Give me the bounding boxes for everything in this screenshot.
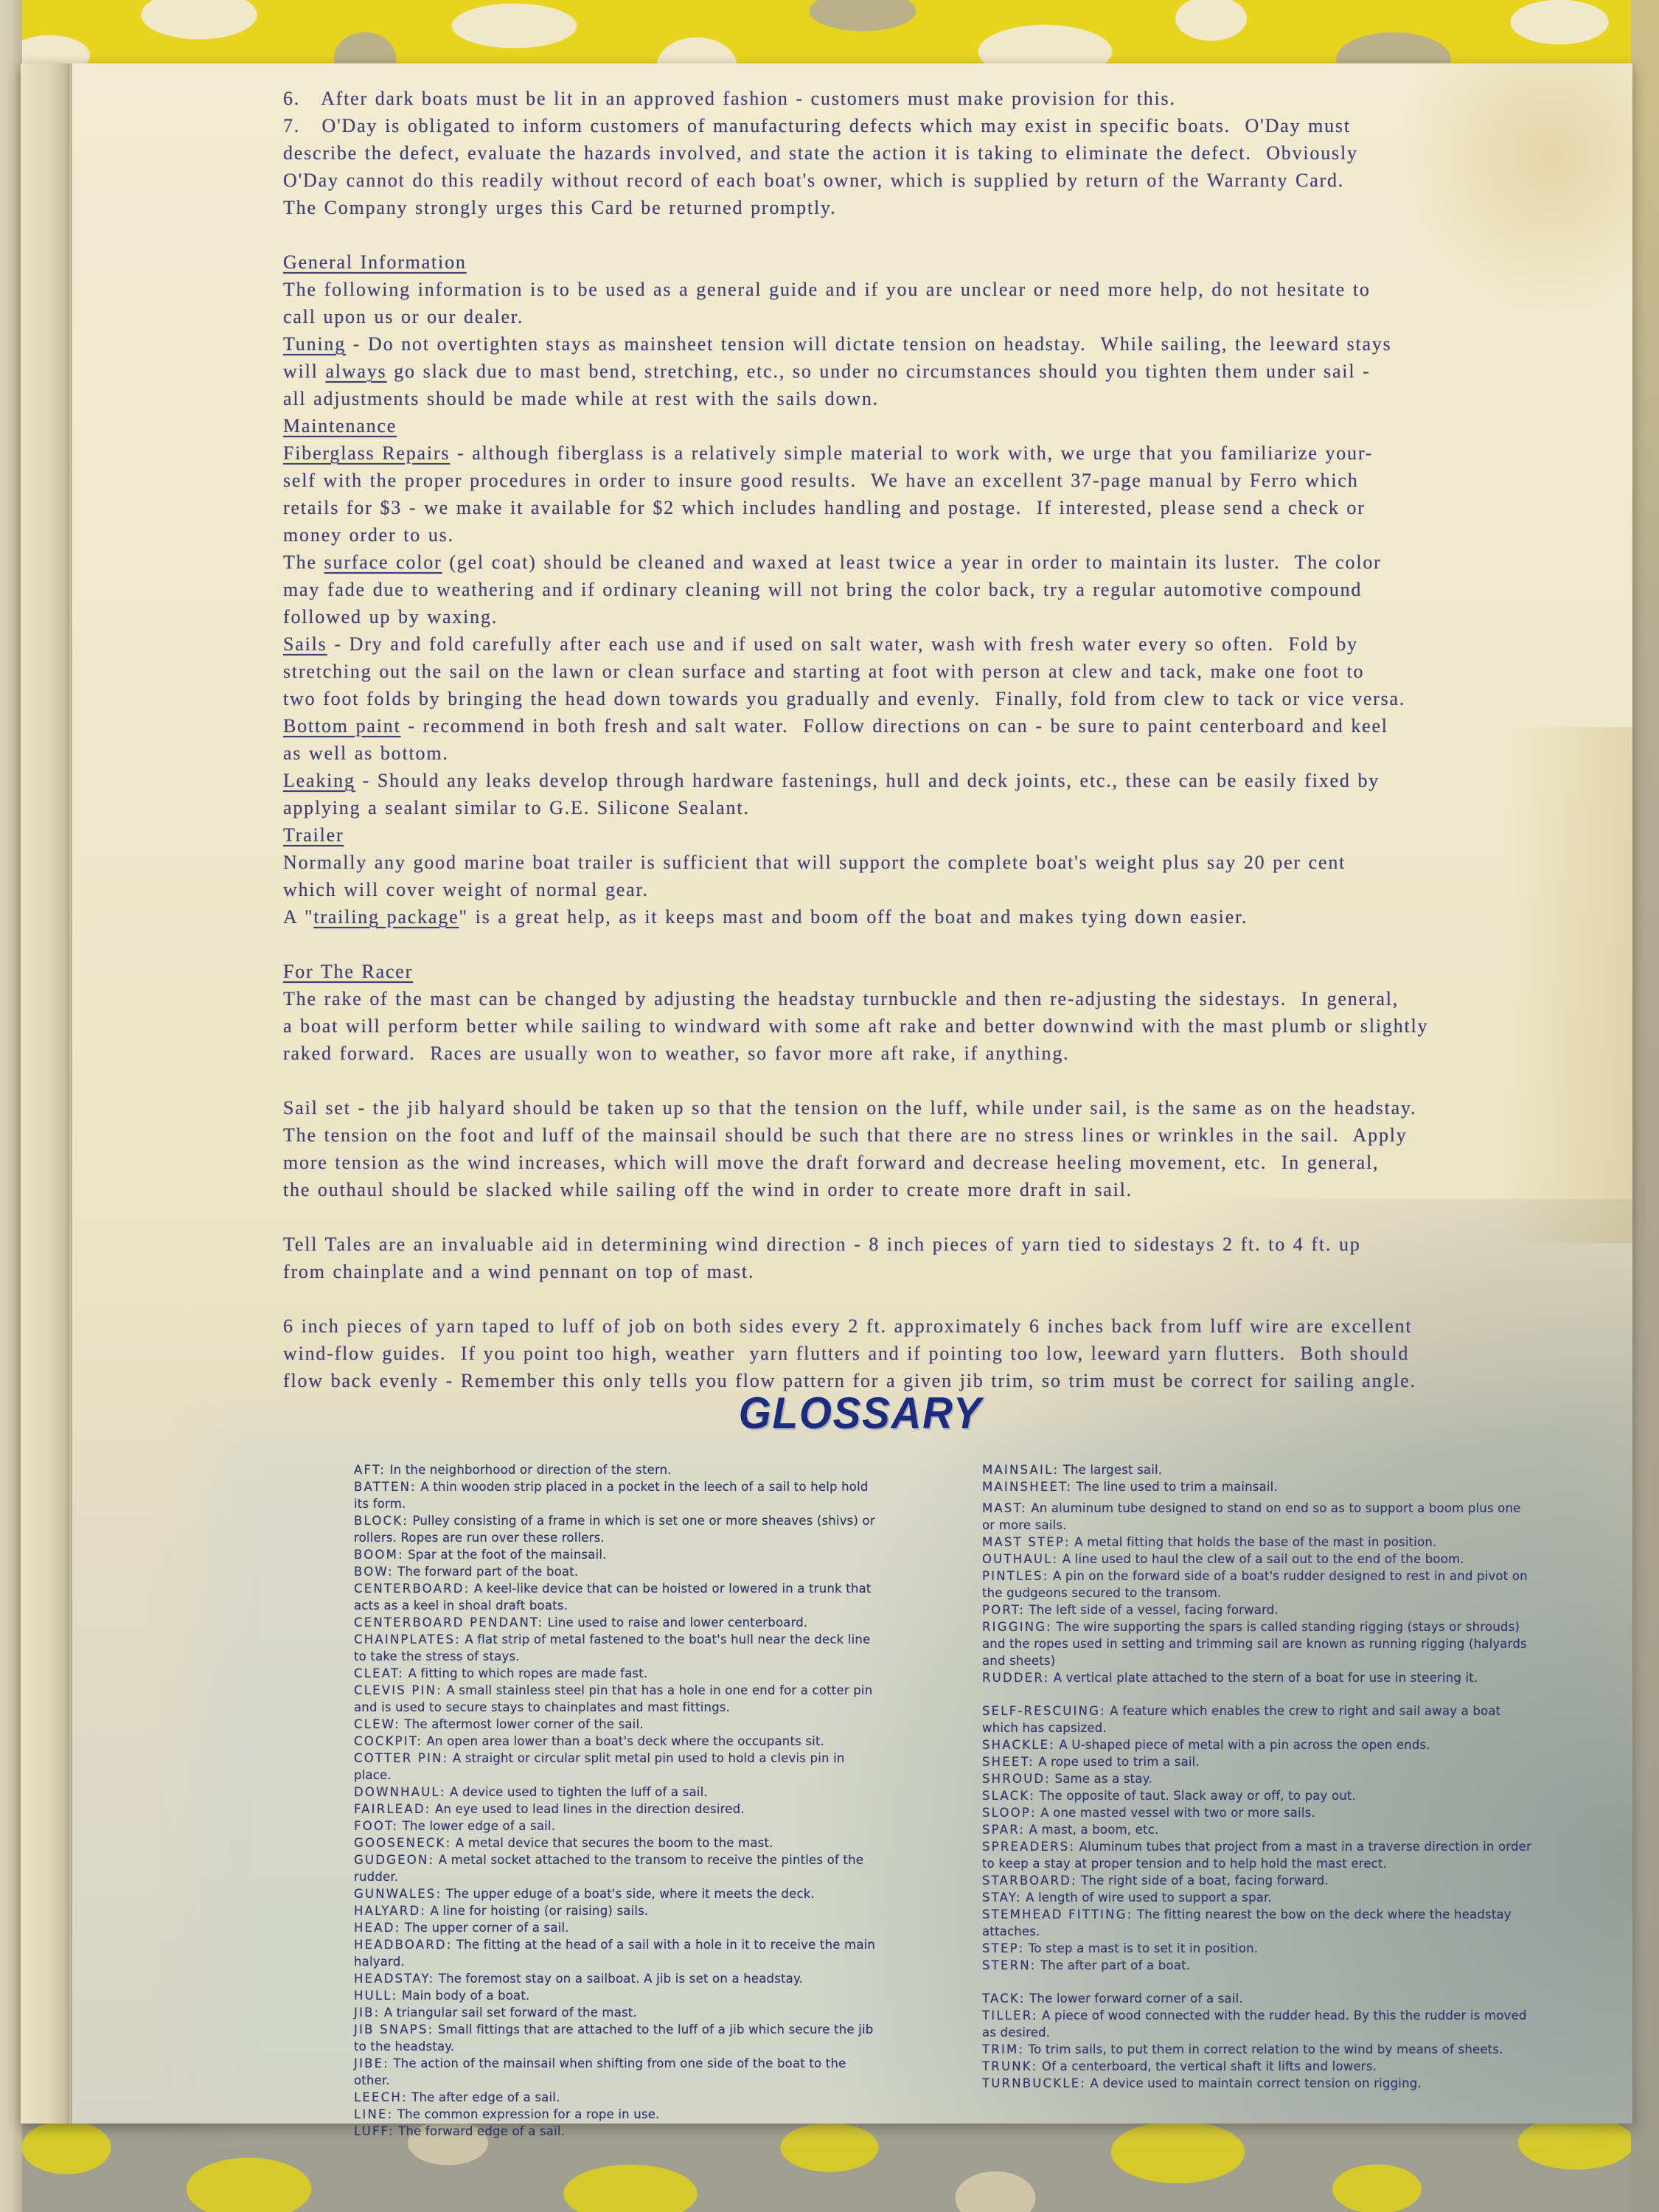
glossary-term: CENTERBOARD PENDANT: <box>354 1615 543 1630</box>
typed-paragraph: Leaking - Should any leaks develop throu… <box>283 767 1621 821</box>
typed-paragraph: The surface color (gel coat) should be c… <box>283 549 1621 630</box>
glossary-entry: LEECH: The after edge of a sail. <box>354 2089 879 2106</box>
glossary-entry: CLEVIS PIN: A small stainless steel pin … <box>354 1682 879 1716</box>
glossary-term: SLACK: <box>982 1789 1035 1803</box>
glossary-entry: HALYARD: A line for hoisting (or raising… <box>354 1902 879 1919</box>
glossary-definition: A triangular sail set forward of the mas… <box>380 2006 637 2020</box>
glossary-term: STEMHEAD FITTING: <box>982 1907 1133 1921</box>
glossary-entry: COTTER PIN: A straight or circular split… <box>354 1750 879 1784</box>
glossary-definition: A device used to maintain correct tensio… <box>1086 2076 1422 2090</box>
glossary-entry: GUNWALES: The upper eduge of a boat's si… <box>354 1885 879 1902</box>
typed-paragraph: MaintenanceFiberglass Repairs - although… <box>283 412 1621 549</box>
glossary-entry: BLOCK: Pulley consisting of a frame in w… <box>354 1512 879 1546</box>
typed-line: Normally any good marine boat trailer is… <box>283 849 1621 876</box>
glossary-entry: AFT: In the neighborhood or direction of… <box>354 1461 879 1478</box>
page-fold-crease <box>21 63 71 2124</box>
typed-line: The tension on the foot and luff of the … <box>283 1121 1621 1149</box>
glossary-term: SPAR: <box>982 1823 1025 1837</box>
typed-line: as well as bottom. <box>283 740 1621 767</box>
glossary-term: LINE: <box>354 2107 393 2121</box>
glossary-term: SELF-RESCUING: <box>982 1704 1106 1718</box>
glossary-entry: SPAR: A mast, a boom, etc. <box>982 1821 1534 1838</box>
glossary-definition: An eye used to lead lines in the directi… <box>431 1802 745 1816</box>
glossary-term: JIBE: <box>354 2056 389 2070</box>
glossary-term: AFT: <box>354 1463 386 1477</box>
typed-line: stretching out the sail on the lawn or c… <box>283 658 1621 685</box>
glossary-term: HALYARD: <box>354 1904 426 1918</box>
typed-paragraph: Tuning - Do not overtighten stays as mai… <box>283 330 1621 412</box>
glossary-term: MAST: <box>982 1501 1027 1515</box>
glossary-term: MAINSAIL: <box>982 1463 1059 1477</box>
glossary-term: RIGGING: <box>982 1620 1052 1634</box>
glossary-definition: The largest sail. <box>1059 1463 1162 1477</box>
typed-line: A "trailing package" is a great help, as… <box>283 903 1621 931</box>
glossary-term: HEADBOARD: <box>354 1938 453 1952</box>
typed-paragraph: Sail set - the jib halyard should be tak… <box>283 1094 1621 1203</box>
glossary-entry: RIGGING: The wire supporting the spars i… <box>982 1618 1534 1669</box>
glossary-entry: SHEET: A rope used to trim a sail. <box>982 1753 1534 1770</box>
glossary-definition: The line used to trim a mainsail. <box>1072 1480 1278 1494</box>
typed-line: self with the proper procedures in order… <box>283 467 1621 494</box>
typed-line: followed up by waxing. <box>283 603 1621 630</box>
glossary-term: COCKPIT: <box>354 1734 422 1748</box>
typed-paragraph: 6 inch pieces of yarn taped to luff of j… <box>283 1312 1621 1394</box>
glossary-definition: A line for hoisting (or raising) sails. <box>426 1904 648 1918</box>
glossary-definition: A vertical plate attached to the stern o… <box>1049 1671 1478 1685</box>
glossary-definition: A one masted vessel with two or more sai… <box>1037 1806 1315 1820</box>
typed-paragraph: TrailerNormally any good marine boat tra… <box>283 821 1621 931</box>
glossary-term: SHROUD: <box>982 1772 1051 1786</box>
glossary-definition: The after part of a boat. <box>1037 1958 1191 1972</box>
typed-line: more tension as the wind increases, whic… <box>283 1149 1621 1176</box>
glossary-definition: The upper corner of a sail. <box>400 1921 568 1935</box>
glossary-term: CLEW: <box>354 1717 400 1731</box>
glossary-entry: SHROUD: Same as a stay. <box>982 1770 1534 1787</box>
typed-line: wind-flow guides. If you point too high,… <box>283 1340 1621 1367</box>
glossary-definition: The upper eduge of a boat's side, where … <box>442 1887 815 1901</box>
glossary-term: BATTEN: <box>354 1480 417 1494</box>
glossary-term: STARBOARD: <box>982 1874 1077 1888</box>
glossary-term: BOW: <box>354 1565 394 1579</box>
glossary-term: STEP: <box>982 1941 1025 1955</box>
glossary-term: JIB SNAPS: <box>354 2023 434 2037</box>
glossary-definition: A fitting to which ropes are made fast. <box>404 1666 647 1680</box>
glossary-definition: Pulley consisting of a frame in which is… <box>354 1514 875 1545</box>
glossary-definition: The action of the mainsail when shifting… <box>354 2056 846 2087</box>
typed-line: applying a sealant similar to G.E. Silic… <box>283 794 1621 821</box>
glossary-entry: CHAINPLATES: A flat strip of metal faste… <box>354 1631 879 1665</box>
glossary-entry: JIB: A triangular sail set forward of th… <box>354 2004 879 2021</box>
typed-line: may fade due to weathering and if ordina… <box>283 576 1621 603</box>
glossary-entry: TRUNK: Of a centerboard, the vertical sh… <box>982 2058 1534 2075</box>
typed-line: O'Day cannot do this readily without rec… <box>283 167 1621 194</box>
typed-line: describe the defect, evaluate the hazard… <box>283 139 1621 167</box>
glossary-definition: To step a mast is to set it in position. <box>1025 1941 1259 1955</box>
glossary-entry: CENTERBOARD PENDANT: Line used to raise … <box>354 1614 879 1631</box>
glossary-definition: A device used to tighten the luff of a s… <box>446 1785 708 1799</box>
typed-line: Tuning - Do not overtighten stays as mai… <box>283 330 1621 358</box>
glossary-entry: SPREADERS: Aluminum tubes that project f… <box>982 1838 1534 1872</box>
glossary-entry: MAST: An aluminum tube designed to stand… <box>982 1500 1534 1534</box>
glossary-term: SHACKLE: <box>982 1738 1055 1752</box>
glossary-term: TILLER: <box>982 2008 1038 2023</box>
typed-line: The Company strongly urges this Card be … <box>283 194 1621 221</box>
glossary-entry: BATTEN: A thin wooden strip placed in a … <box>354 1478 879 1512</box>
glossary-term: SLOOP: <box>982 1806 1037 1820</box>
glossary-entry: STARBOARD: The right side of a boat, fac… <box>982 1872 1534 1889</box>
glossary-definition: The common expression for a rope in use. <box>393 2107 659 2121</box>
glossary-term: CENTERBOARD: <box>354 1582 470 1596</box>
typed-line: from chainplate and a wind pennant on to… <box>283 1258 1621 1285</box>
typed-paragraph: General InformationThe following informa… <box>283 248 1621 330</box>
typed-line: For The Racer <box>283 958 1621 985</box>
glossary-entry: MAINSAIL: The largest sail. <box>982 1461 1534 1478</box>
typed-line: General Information <box>283 248 1621 276</box>
glossary-entry: SLOOP: A one masted vessel with two or m… <box>982 1804 1534 1821</box>
fabric-background-top <box>0 0 1659 74</box>
glossary-entry: LINE: The common expression for a rope i… <box>354 2106 879 2123</box>
typed-line: Fiberglass Repairs - although fiberglass… <box>283 439 1621 467</box>
typed-line: which will cover weight of normal gear. <box>283 876 1621 903</box>
glossary-term: GOOSENECK: <box>354 1836 451 1850</box>
glossary-entry: GUDGEON: A metal socket attached to the … <box>354 1851 879 1885</box>
typed-line: the outhaul should be slacked while sail… <box>283 1176 1621 1203</box>
typed-line: Trailer <box>283 821 1621 849</box>
glossary-columns: AFT: In the neighborhood or direction of… <box>354 1461 1552 2140</box>
glossary-entry: STERN: The after part of a boat. <box>982 1957 1534 1974</box>
glossary-term: SHEET: <box>982 1755 1034 1769</box>
glossary-entry: SELF-RESCUING: A feature which enables t… <box>982 1703 1534 1736</box>
glossary-definition: The aftermost lower corner of the sail. <box>400 1717 644 1731</box>
glossary-definition: A metal device that secures the boom to … <box>451 1836 773 1850</box>
typed-line: money order to us. <box>283 521 1621 549</box>
typed-line: will always go slack due to mast bend, s… <box>283 358 1621 385</box>
typed-line: Bottom paint - recommend in both fresh a… <box>283 712 1621 740</box>
glossary-definition: In the neighborhood or direction of the … <box>386 1463 672 1477</box>
glossary-term: STERN: <box>982 1958 1037 1972</box>
glossary-term: FAIRLEAD: <box>354 1802 431 1816</box>
glossary-definition: The opposite of taut. Slack away or off,… <box>1035 1789 1356 1803</box>
glossary-term: HEAD: <box>354 1921 400 1935</box>
glossary-definition: A mast, a boom, etc. <box>1025 1823 1158 1837</box>
glossary-definition: Main body of a boat. <box>397 1989 529 2003</box>
typed-line: call upon us or our dealer. <box>283 303 1621 330</box>
glossary-definition: The left side of a vessel, facing forwar… <box>1025 1603 1279 1617</box>
glossary-entry: MAINSHEET: The line used to trim a mains… <box>982 1478 1534 1495</box>
glossary-definition: Same as a stay. <box>1051 1772 1152 1786</box>
glossary-definition: A pin on the forward side of a boat's ru… <box>982 1569 1528 1600</box>
glossary-definition: The forward part of the boat. <box>394 1565 579 1579</box>
glossary-definition: A metal fitting that holds the base of t… <box>1071 1535 1437 1549</box>
glossary-term: RUDDER: <box>982 1671 1049 1685</box>
typed-paragraph: 6. After dark boats must be lit in an ap… <box>283 85 1621 221</box>
glossary-term: TACK: <box>982 1992 1026 2006</box>
glossary-entry: TILLER: A piece of wood connected with t… <box>982 2007 1534 2041</box>
glossary-entry: LUFF: The forward edge of a sail. <box>354 2123 879 2140</box>
typed-line: all adjustments should be made while at … <box>283 385 1621 412</box>
glossary-term: LUFF: <box>354 2124 394 2138</box>
typed-line: Tell Tales are an invaluable aid in dete… <box>283 1231 1621 1258</box>
glossary-term: CHAINPLATES: <box>354 1632 461 1646</box>
glossary-term: TRUNK: <box>982 2059 1038 2073</box>
glossary-definition: A line used to haul the clew of a sail o… <box>1058 1552 1464 1566</box>
glossary-term: LEECH: <box>354 2090 408 2104</box>
glossary-entry: CENTERBOARD: A keel-like device that can… <box>354 1580 879 1614</box>
glossary-entry: HEADSTAY: The foremost stay on a sailboa… <box>354 1970 879 1987</box>
page-left-edge <box>0 0 22 2212</box>
typed-line: 7. O'Day is obligated to inform customer… <box>283 112 1621 139</box>
glossary-entry: OUTHAUL: A line used to haul the clew of… <box>982 1551 1534 1568</box>
typed-paragraph: For The RacerThe rake of the mast can be… <box>283 958 1621 1067</box>
glossary-term: BLOCK: <box>354 1514 408 1528</box>
glossary-entry: CLEAT: A fitting to which ropes are made… <box>354 1665 879 1682</box>
typed-line: 6 inch pieces of yarn taped to luff of j… <box>283 1312 1621 1340</box>
glossary-entry: CLEW: The aftermost lower corner of the … <box>354 1716 879 1733</box>
glossary-definition: A thin wooden strip placed in a pocket i… <box>354 1480 869 1511</box>
typed-line: 6. After dark boats must be lit in an ap… <box>283 85 1621 112</box>
glossary-entry: FAIRLEAD: An eye used to lead lines in t… <box>354 1801 879 1818</box>
glossary-definition: The right side of a boat, facing forward… <box>1077 1874 1329 1888</box>
typed-paragraph: Tell Tales are an invaluable aid in dete… <box>283 1231 1621 1285</box>
glossary-term: SPREADERS: <box>982 1840 1075 1854</box>
typed-line: Sails - Dry and fold carefully after eac… <box>283 630 1621 658</box>
glossary-term: TRIM: <box>982 2042 1024 2056</box>
typed-line: a boat will perform better while sailing… <box>283 1012 1621 1040</box>
glossary-entry: TURNBUCKLE: A device used to maintain co… <box>982 2075 1534 2092</box>
glossary-entry: DOWNHAUL: A device used to tighten the l… <box>354 1784 879 1801</box>
glossary-term: MAST STEP: <box>982 1535 1071 1549</box>
typed-paragraph: Bottom paint - recommend in both fresh a… <box>283 712 1621 767</box>
glossary-term: COTTER PIN: <box>354 1751 448 1765</box>
glossary-definition: A piece of wood connected with the rudde… <box>982 2008 1527 2039</box>
typed-line: Leaking - Should any leaks develop throu… <box>283 767 1621 794</box>
glossary-definition: A U-shaped piece of metal with a pin acr… <box>1055 1738 1430 1752</box>
glossary-term: CLEVIS PIN: <box>354 1683 442 1697</box>
typed-line: The rake of the mast can be changed by a… <box>283 985 1621 1012</box>
glossary-definition: Line used to raise and lower centerboard… <box>543 1615 807 1630</box>
glossary-entry: STEP: To step a mast is to set it in pos… <box>982 1940 1534 1957</box>
glossary-entry: STEMHEAD FITTING: The fitting nearest th… <box>982 1906 1534 1940</box>
glossary-definition: A length of wire used to support a spar. <box>1022 1891 1272 1905</box>
page-right-edge <box>1631 0 1659 2212</box>
glossary-definition: The lower edge of a sail. <box>398 1819 555 1833</box>
typed-line: two foot folds by bringing the head down… <box>283 685 1621 712</box>
typed-line: raked forward. Races are usually won to … <box>283 1040 1621 1067</box>
typed-line: The surface color (gel coat) should be c… <box>283 549 1621 576</box>
glossary-title: GLOSSARY <box>739 1388 983 1439</box>
glossary-term: JIB: <box>354 2006 380 2020</box>
glossary-definition: The forward edge of a sail. <box>394 2124 565 2138</box>
glossary-definition: An aluminum tube designed to stand on en… <box>982 1501 1521 1532</box>
typed-line: Sail set - the jib halyard should be tak… <box>283 1094 1621 1121</box>
glossary-entry: HEAD: The upper corner of a sail. <box>354 1919 879 1936</box>
glossary-definition: The after edge of a sail. <box>408 2090 560 2104</box>
glossary-term: FOOT: <box>354 1819 398 1833</box>
glossary-entry: TRIM: To trim sails, to put them in corr… <box>982 2041 1534 2058</box>
glossary-term: PORT: <box>982 1603 1025 1617</box>
typed-line: Maintenance <box>283 412 1621 439</box>
glossary-term: HULL: <box>354 1989 397 2003</box>
typed-line: The following information is to be used … <box>283 276 1621 303</box>
glossary-term: MAINSHEET: <box>982 1480 1072 1494</box>
glossary-entry: JIB SNAPS: Small fittings that are attac… <box>354 2021 879 2055</box>
glossary-entry: PINTLES: A pin on the forward side of a … <box>982 1568 1534 1601</box>
glossary-entry: MAST STEP: A metal fitting that holds th… <box>982 1534 1534 1551</box>
glossary-entry: TACK: The lower forward corner of a sail… <box>982 1990 1534 2007</box>
glossary-entry: PORT: The left side of a vessel, facing … <box>982 1601 1534 1618</box>
glossary-term: PINTLES: <box>982 1569 1049 1583</box>
glossary-definition: The wire supporting the spars is called … <box>982 1620 1527 1668</box>
glossary-entry: BOOM: Spar at the foot of the mainsail. <box>354 1546 879 1563</box>
glossary-entry: BOW: The forward part of the boat. <box>354 1563 879 1580</box>
glossary-term: HEADSTAY: <box>354 1972 434 1986</box>
glossary-entry: SHACKLE: A U-shaped piece of metal with … <box>982 1736 1534 1753</box>
glossary-term: CLEAT: <box>354 1666 404 1680</box>
glossary-definition: Of a centerboard, the vertical shaft it … <box>1038 2059 1377 2073</box>
glossary-col-left: AFT: In the neighborhood or direction of… <box>354 1461 879 2140</box>
glossary-term: TURNBUCKLE: <box>982 2076 1086 2090</box>
glossary-definition: To trim sails, to put them in correct re… <box>1024 2042 1503 2056</box>
glossary-entry: SLACK: The opposite of taut. Slack away … <box>982 1787 1534 1804</box>
glossary-term: DOWNHAUL: <box>354 1785 446 1799</box>
glossary-entry: GOOSENECK: A metal device that secures t… <box>354 1834 879 1851</box>
typed-section: 6. After dark boats must be lit in an ap… <box>283 85 1621 1394</box>
glossary-entry: STAY: A length of wire used to support a… <box>982 1889 1534 1906</box>
glossary-term: STAY: <box>982 1891 1022 1905</box>
glossary-entry: HULL: Main body of a boat. <box>354 1987 879 2004</box>
glossary-term: BOOM: <box>354 1548 404 1562</box>
typed-paragraph: Sails - Dry and fold carefully after eac… <box>283 630 1621 712</box>
glossary-entry: HEADBOARD: The fitting at the head of a … <box>354 1936 879 1970</box>
glossary-definition: A rope used to trim a sail. <box>1034 1755 1200 1769</box>
typed-line: retails for $3 - we make it available fo… <box>283 494 1621 521</box>
glossary-entry: JIBE: The action of the mainsail when sh… <box>354 2055 879 2089</box>
glossary-entry: FOOT: The lower edge of a sail. <box>354 1818 879 1834</box>
glossary-term: GUNWALES: <box>354 1887 442 1901</box>
glossary-entry: COCKPIT: An open area lower than a boat'… <box>354 1733 879 1750</box>
glossary-term: GUDGEON: <box>354 1853 434 1867</box>
glossary-definition: Spar at the foot of the mainsail. <box>404 1548 607 1562</box>
manual-page: 6. After dark boats must be lit in an ap… <box>21 63 1632 2124</box>
glossary-definition: The lower forward corner of a sail. <box>1026 1992 1243 2006</box>
glossary-col-right: MAINSAIL: The largest sail.MAINSHEET: Th… <box>982 1461 1534 2140</box>
glossary-entry: RUDDER: A vertical plate attached to the… <box>982 1669 1534 1686</box>
glossary-definition: The foremost stay on a sailboat. A jib i… <box>434 1972 803 1986</box>
glossary-definition: An open area lower than a boat's deck wh… <box>422 1734 824 1748</box>
glossary-term: OUTHAUL: <box>982 1552 1058 1566</box>
